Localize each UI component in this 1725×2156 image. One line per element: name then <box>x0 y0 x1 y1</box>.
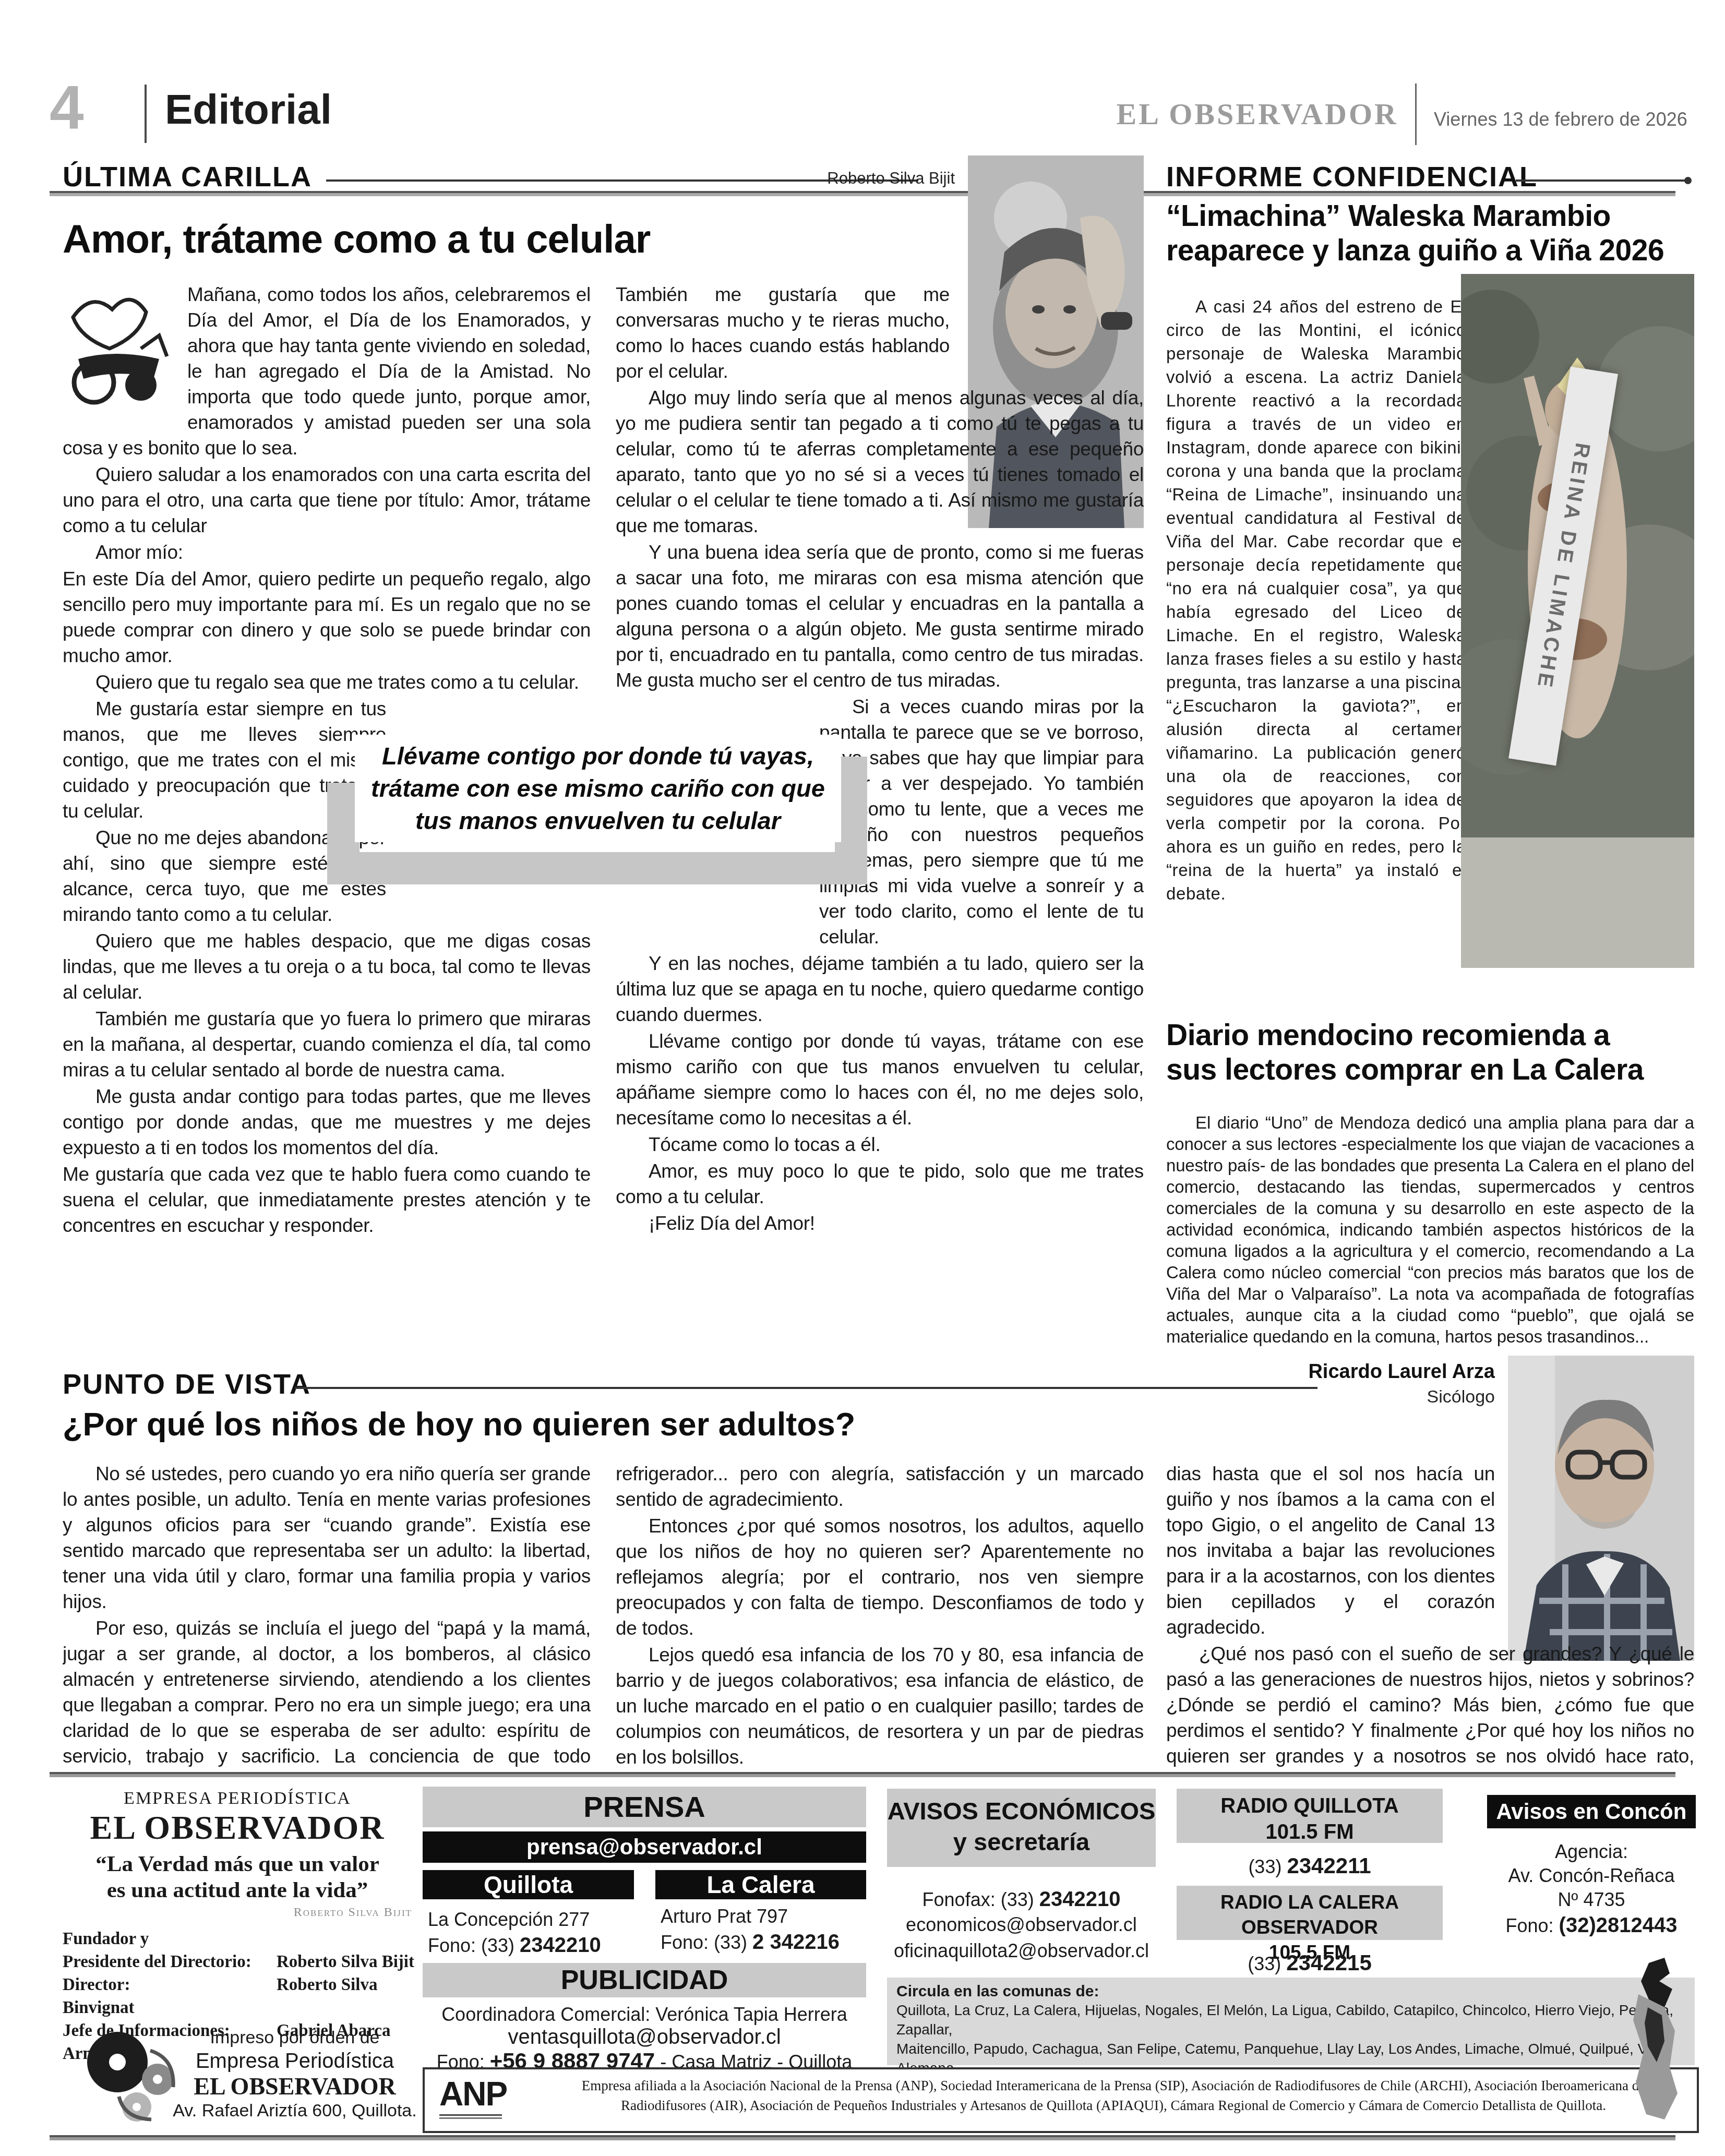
radio-quillota-name: RADIO QUILLOTA <box>1177 1793 1443 1819</box>
masthead-divider <box>1415 83 1417 145</box>
punto-headline: ¿Por qué los niños de hoy no quieren ser… <box>63 1407 1158 1443</box>
section-title: Editorial <box>165 89 332 130</box>
prensa-calera-title: La Calera <box>655 1870 866 1899</box>
kicker-informe-confidencial: INFORME CONFIDENCIAL <box>1166 161 1538 193</box>
paragraph: ¿Qué nos pasó con el sueño de ser grande… <box>1166 1641 1694 1774</box>
amor-headline: Amor, trátame como a tu celular <box>63 218 1054 261</box>
footer-top-rule <box>50 1772 1675 1777</box>
fono-label: Fono: <box>1506 1915 1559 1936</box>
avisos-email-1: economicos@observador.cl <box>887 1914 1156 1936</box>
paragraph: Me gusta andar contigo para todas partes… <box>63 1084 591 1160</box>
empresa-quote-line2: es una actitud ante la vida” <box>63 1877 412 1903</box>
header-divider <box>145 85 147 143</box>
avisos-title-line2: y secretaría <box>887 1827 1156 1858</box>
radio-quillota-freq: 101.5 FM <box>1177 1819 1443 1845</box>
paragraph: Quiero saludar a los enamorados con una … <box>63 462 591 538</box>
paragraph: Y en las noches, déjame también a tu lad… <box>616 951 1144 1027</box>
anp-strip: ANP Empresa afiliada a la Asociación Nac… <box>423 2067 1699 2133</box>
publicidad-title: PUBLICIDAD <box>423 1963 866 1997</box>
staff-row: Presidente del Directorio:Roberto Silva … <box>63 1950 428 1973</box>
prensa-title: PRENSA <box>423 1787 866 1827</box>
paragraph: Quiero que me hables despacio, que me di… <box>63 928 591 1005</box>
diario-headline-line2: sus lectores comprar en La Calera <box>1166 1053 1644 1087</box>
concon-line2: Av. Concón-Reñaca <box>1487 1865 1696 1887</box>
paragraph: Si a veces cuando miras por la pantalla … <box>819 694 1144 950</box>
fono-label: Fonofax: (33) <box>923 1889 1039 1910</box>
staff-name: Roberto Silva Bijit <box>277 1953 414 1971</box>
fono-number: 2 342216 <box>752 1931 840 1954</box>
staff-label: Fundador y <box>63 1930 149 1948</box>
fono-label: Fono: (33) <box>428 1935 520 1956</box>
footer-bottom-rule <box>50 2135 1675 2140</box>
kicker-ultima-carilla: ÚLTIMA CARILLA <box>63 161 312 193</box>
paragraph: Tócame como lo tocas a él. <box>616 1132 1144 1157</box>
prensa-email: prensa@observador.cl <box>423 1831 866 1863</box>
paragraph: Lejos quedó esa infancia de los 70 y 80,… <box>616 1642 1144 1769</box>
radio-calera-box: RADIO LA CALERA OBSERVADOR 105.5 FM <box>1177 1886 1443 1940</box>
anp-logo: ANP <box>439 2075 507 2119</box>
page-number: 4 <box>50 77 84 139</box>
staff-label: Director: <box>63 1973 277 1996</box>
anp-text: Empresa afiliada a la Asociación Naciona… <box>545 2076 1682 2115</box>
kicker-rule-punto <box>295 1387 1317 1389</box>
radio-calera-name: RADIO LA CALERA OBSERVADOR <box>1177 1890 1443 1940</box>
impreso-line2: Empresa Periodística <box>172 2050 417 2073</box>
anp-line2: Radiodifusores (AIR), Asociación de Pequ… <box>545 2095 1682 2115</box>
fono-number: (32)2812443 <box>1559 1914 1678 1937</box>
impreso-line4: Av. Rafael Ariztía 600, Quillota. <box>172 2101 417 2121</box>
staff-row: Fundador y <box>63 1927 428 1950</box>
paragraph: ¡Feliz Día del Amor! <box>616 1211 1144 1236</box>
fono-number: 2342215 <box>1286 1950 1372 1975</box>
informe-headline-line2: reaparece y lanza guiño a Viña 2026 <box>1166 234 1664 268</box>
informe-body: A casi 24 años del estreno de El circo d… <box>1166 278 1466 1008</box>
circula-strip: Circula en las comunas de: Quillota, La … <box>887 1978 1695 2065</box>
kicker-rule-right <box>1516 179 1688 182</box>
radio-quillota-fono: (33) 2342211 <box>1177 1853 1443 1878</box>
issue-date: Viernes 13 de febrero de 2026 <box>1434 109 1687 130</box>
calera-address: Arturo Prat 797 <box>661 1906 788 1927</box>
fono-number: 2342211 <box>1287 1853 1371 1878</box>
fono-label: (33) <box>1248 1856 1287 1877</box>
fono-number: 2342210 <box>520 1934 601 1957</box>
paragraph: En este Día del Amor, quiero pedirte un … <box>63 566 591 668</box>
paragraph: Amor mío: <box>63 540 591 565</box>
paragraph: refrigerador... pero con alegría, satisf… <box>616 1461 1144 1512</box>
empresa-line1: EMPRESA PERIODÍSTICA <box>63 1789 412 1808</box>
anp-logo-text: ANP <box>439 2075 507 2113</box>
ventas-email: ventasquillota@observador.cl <box>423 2026 866 2049</box>
paragraph: A casi 24 años del estreno de El circo d… <box>1166 295 1466 905</box>
staff-row: Director:Roberto Silva Binvignat <box>63 1973 428 2019</box>
waleska-marambio-photo: REINA DE LIMACHE <box>1461 274 1694 968</box>
printing-press-icon <box>78 2030 188 2126</box>
avisos-title: AVISOS ECONÓMICOS y secretaría <box>887 1789 1156 1867</box>
paragraph: El diario “Uno” de Mendoza dedicó una am… <box>1166 1112 1694 1347</box>
paragraph: Por eso, quizás se incluía el juego del … <box>63 1615 591 1769</box>
pull-quote-frame-bottom <box>327 852 867 884</box>
radio-quillota-box: RADIO QUILLOTA 101.5 FM <box>1177 1789 1443 1843</box>
empresa-quote-line1: “La Verdad más que un valor <box>63 1851 412 1877</box>
concon-title: Avisos en Concón <box>1487 1795 1696 1828</box>
concon-line1: Agencia: <box>1487 1841 1696 1863</box>
paragraph: dias hasta que el sol nos hacía un guiño… <box>1166 1461 1495 1640</box>
punto-byline-name: Ricardo Laurel Arza <box>1263 1361 1495 1383</box>
anp-line1: Empresa afiliada a la Asociación Naciona… <box>545 2076 1682 2095</box>
paragraph: Y una buena idea sería que de pronto, co… <box>616 540 1144 693</box>
avisos-email-2: oficinaquillota2@observador.cl <box>887 1940 1156 1962</box>
punto-column-2: refrigerador... pero con alegría, satisf… <box>616 1461 1144 1769</box>
radio-calera-fono: (33) 2342215 <box>1177 1950 1443 1975</box>
kicker-punto-de-vista: PUNTO DE VISTA <box>63 1368 311 1400</box>
impreso-line1: Impreso por órden de <box>172 2028 417 2048</box>
empresa-name: EL OBSERVADOR <box>63 1808 412 1847</box>
masthead: EL OBSERVADOR <box>1075 97 1398 131</box>
paragraph: Me gustaría que cada vez que te hablo fu… <box>63 1161 591 1238</box>
calera-fono: Fono: (33) 2 342216 <box>661 1931 840 1954</box>
paragraph: También me gustaría que me conversaras m… <box>616 282 950 384</box>
staff-label: Presidente del Directorio: <box>63 1950 277 1973</box>
coordinadora: Coordinadora Comercial: Verónica Tapia H… <box>423 2004 866 2026</box>
paragraph: Llévame contigo por donde tú vayas, trát… <box>616 1028 1144 1131</box>
paragraph: Amor, es muy poco lo que te pido, solo q… <box>616 1158 1144 1209</box>
paragraph: Algo muy lindo sería que al menos alguna… <box>616 385 1144 538</box>
circula-title: Circula en las comunas de: <box>896 1983 1685 2001</box>
circula-line1: Quillota, La Cruz, La Calera, Hijuelas, … <box>896 2001 1685 2039</box>
quillota-fono: Fono: (33) 2342210 <box>428 1934 601 1957</box>
empresa-quote-author: Roberto Silva Bijit <box>224 1906 412 1920</box>
quillota-address: La Concepción 277 <box>428 1909 590 1931</box>
punto-column-1: No sé ustedes, pero cuando yo era niño q… <box>63 1461 591 1769</box>
punto-column-3: dias hasta que el sol nos hacía un guiño… <box>1166 1461 1694 1774</box>
punto-byline-role: Sicólogo <box>1263 1387 1495 1407</box>
paragraph: No sé ustedes, pero cuando yo era niño q… <box>63 1461 591 1614</box>
fono-label: Fono: (33) <box>661 1932 752 1953</box>
amor-photo-caption: Roberto Silva Bijit <box>814 168 955 189</box>
diario-body: El diario “Uno” de Mendoza dedicó una am… <box>1166 1095 1694 1356</box>
informe-headline-line1: “Limachina” Waleska Marambio <box>1166 199 1611 233</box>
newspaper-page: 4 Editorial EL OBSERVADOR Viernes 13 de … <box>0 0 1725 2156</box>
avisos-fonofax: Fonofax: (33) 2342210 <box>887 1888 1156 1911</box>
concon-line3: Nº 4735 <box>1487 1889 1696 1911</box>
love-cart-illustration <box>63 286 175 409</box>
paragraph: Entonces ¿por qué somos nosotros, los ad… <box>616 1513 1144 1641</box>
avisos-title-line1: AVISOS ECONÓMICOS <box>887 1796 1156 1827</box>
paragraph: También me gustaría que yo fuera lo prim… <box>63 1006 591 1083</box>
fono-number: 2342210 <box>1039 1888 1121 1911</box>
impreso-line3: EL OBSERVADOR <box>172 2073 417 2100</box>
kicker-rule-dot <box>1684 177 1692 184</box>
diario-headline-line1: Diario mendocino recomienda a <box>1166 1019 1610 1052</box>
region-map-icon <box>1586 1958 1706 2125</box>
prensa-quillota-title: Quillota <box>423 1870 634 1899</box>
concon-fono: Fono: (32)2812443 <box>1487 1914 1696 1937</box>
fono-label: (33) <box>1248 1953 1286 1974</box>
paragraph: Quiero que tu regalo sea que me trates c… <box>63 669 591 695</box>
pull-quote: Llévame contigo por donde tú vayas, trát… <box>355 735 841 842</box>
